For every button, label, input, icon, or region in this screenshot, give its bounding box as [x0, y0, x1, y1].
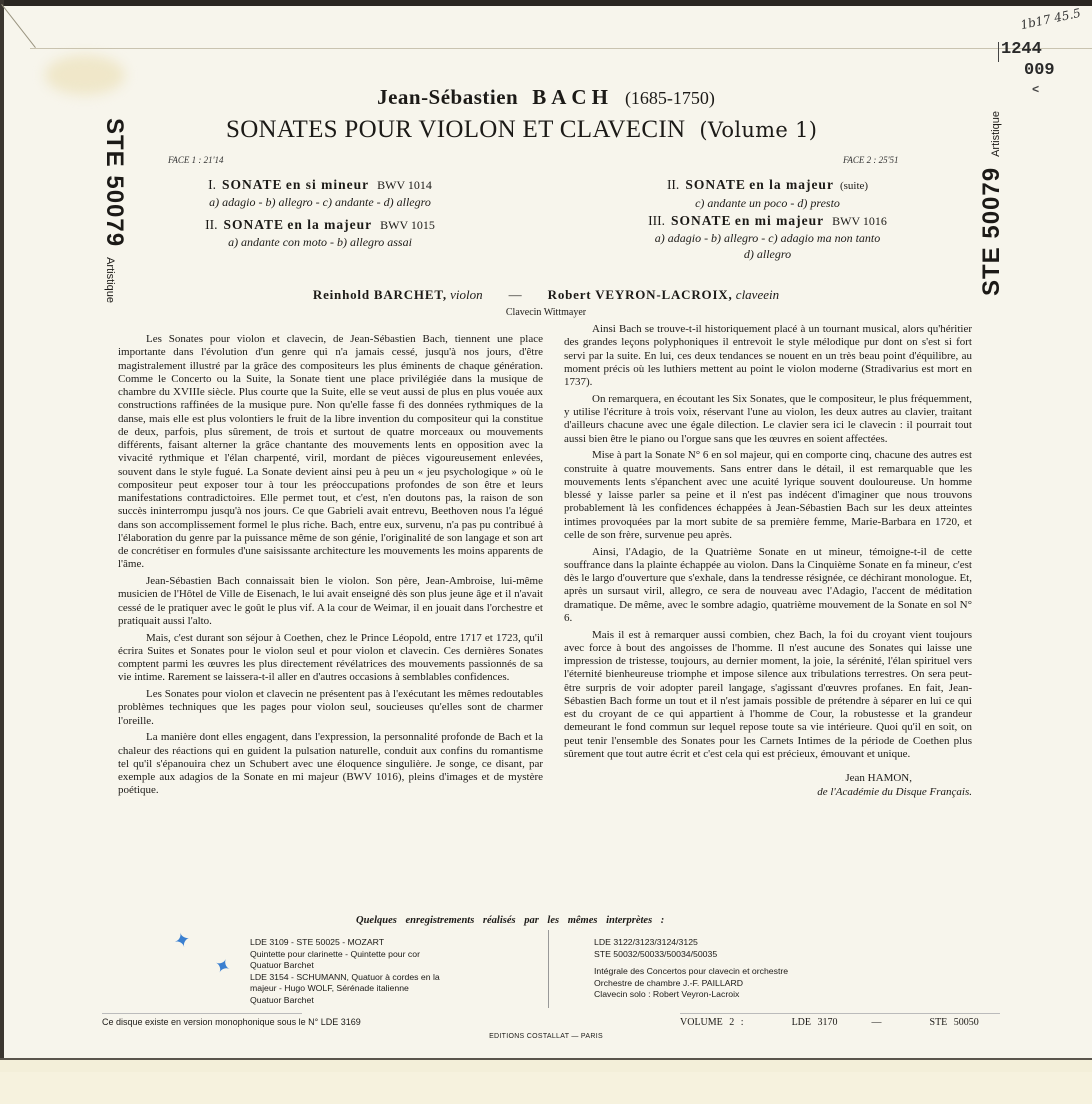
- liner-notes-right-column: Ainsi Bach se trouve-t-il historiquement…: [564, 323, 972, 803]
- related-recordings-left: LDE 3109 - STE 50025 - MOZART Quintette …: [250, 937, 530, 1006]
- sonata-title: II.SONATE en la majeur(suite): [585, 176, 950, 195]
- related-item: Intégrale des Concertos pour clavecin et…: [594, 966, 894, 978]
- footer-rule: [680, 1013, 1000, 1014]
- stamp-bracket: [998, 42, 999, 62]
- sonata-title: I.SONATE en si mineurBWV 1014: [150, 176, 490, 194]
- performer-violin: Reinhold BARCHET,: [313, 287, 447, 302]
- performer-harpsichord: Robert VEYRON-LACROIX,: [548, 287, 733, 302]
- catalog-number: STE 50079: [101, 118, 128, 247]
- liner-paragraph: La manière dont elles engagent, dans l'e…: [118, 731, 543, 797]
- composer-line: Jean-SébastienBACH(1685-1750): [0, 85, 1092, 110]
- publisher: EDITIONS COSTALLAT — PARIS: [0, 1033, 1092, 1040]
- liner-paragraph: On remarquera, en écoutant les Six Sonat…: [564, 393, 972, 446]
- mono-version-note: Ce disque existe en version monophonique…: [102, 1017, 361, 1027]
- footer-rule: [102, 1013, 302, 1014]
- composer-last-name: BACH: [532, 85, 613, 109]
- sleeve-top-edge: [0, 0, 1092, 6]
- liner-paragraph: Les Sonates pour violon et clavecin, de …: [118, 333, 543, 572]
- sleeve-flap-corner: [1, 4, 36, 48]
- liner-notes-left-column: Les Sonates pour violon et clavecin, de …: [118, 333, 543, 801]
- liner-paragraph: Mise à part la Sonate N° 6 en sol majeur…: [564, 449, 972, 542]
- liner-paragraph: Ainsi Bach se trouve-t-il historiquement…: [564, 323, 972, 389]
- related-item: LDE 3154 - SCHUMANN, Quatuor à cordes en…: [250, 972, 530, 984]
- sleeve-bottom-paper: [0, 1072, 1092, 1104]
- related-item: LDE 3122/3123/3124/3125: [594, 937, 894, 949]
- performer-harpsichord-role: claveein: [736, 287, 779, 302]
- related-item: Quatuor Barchet: [250, 960, 530, 972]
- related-item: Orchestre de chambre J.-F. PAILLARD: [594, 978, 894, 990]
- spine-right: STE 50079Artistique: [978, 111, 1006, 296]
- related-item: Quintette pour clarinette - Quintette po…: [250, 949, 530, 961]
- spine-left: STE 50079Artistique: [100, 118, 128, 303]
- archive-stamp-line2: 009: [1024, 61, 1055, 80]
- related-item: STE 50032/50033/50034/50035: [594, 949, 894, 961]
- liner-paragraph: Les Sonates pour violon et clavecin ne p…: [118, 688, 543, 728]
- liner-paragraph: Ainsi, l'Adagio, de la Quatrième Sonate …: [564, 546, 972, 626]
- related-recordings-title: Quelques enregistrements réalisés par le…: [356, 915, 664, 926]
- sonata-title: III.SONATE en mi majeurBWV 1016: [585, 212, 950, 230]
- related-item: Quatuor Barchet: [250, 995, 530, 1007]
- catalog-number: STE 50079: [978, 167, 1005, 296]
- related-divider: [548, 930, 549, 1008]
- liner-paragraph: Jean-Sébastien Bach connaissait bien le …: [118, 575, 543, 628]
- sleeve-flap-line: [30, 48, 1092, 49]
- sonata-movements-continued: d) allegro: [585, 246, 950, 262]
- liner-paragraph: Mais, c'est durant son séjour à Coethen,…: [118, 632, 543, 685]
- author-name: Jean HAMON,: [564, 771, 912, 785]
- composer-first-name: Jean-Sébastien: [377, 85, 518, 109]
- face-2-tracklist: II.SONATE en la majeur(suite) c) andante…: [585, 176, 950, 268]
- author-affiliation: de l'Académie du Disque Français.: [564, 785, 972, 799]
- sonata-movements: c) andante un poco - d) presto: [585, 195, 950, 211]
- star-sticker-icon: ✦: [171, 926, 194, 954]
- performer-violin-role: violon: [450, 287, 483, 302]
- related-item: Clavecin solo : Robert Veyron-Lacroix: [594, 989, 894, 1001]
- volume-2-reference: VOLUME 2 :LDE 3170—STE 50050: [680, 1017, 979, 1028]
- sonata-title: II.SONATE en la majeurBWV 1015: [150, 216, 490, 234]
- sonata-movements: a) adagio - b) allegro - c) andante - d)…: [150, 194, 490, 210]
- archive-stamp-line1: 1244: [1001, 40, 1042, 59]
- album-volume: (Volume 1): [699, 118, 817, 142]
- handwritten-note: 1b17 45.5: [1019, 6, 1082, 32]
- related-recordings-right: LDE 3122/3123/3124/3125 STE 50032/50033/…: [594, 937, 894, 1001]
- face-1-tracklist: I.SONATE en si mineurBWV 1014 a) adagio …: [150, 176, 490, 256]
- author-signature: Jean HAMON, de l'Académie du Disque Fran…: [564, 771, 972, 799]
- face-1-label: FACE 1 : 21'14: [168, 155, 224, 165]
- related-item: LDE 3109 - STE 50025 - MOZART: [250, 937, 530, 949]
- album-title: SONATES POUR VIOLON ET CLAVECIN(Volume 1…: [226, 116, 817, 144]
- sonata-movements: a) adagio - b) allegro - c) adagio ma no…: [585, 230, 950, 246]
- liner-paragraph: Mais il est à remarquer aussi combien, c…: [564, 629, 972, 762]
- album-title-text: SONATES POUR VIOLON ET CLAVECIN: [226, 116, 685, 143]
- sonata-movements: a) andante con moto - b) allegro assai: [150, 234, 490, 250]
- instrument-credit: Clavecin Wittmayer: [0, 307, 1092, 318]
- star-sticker-icon: ✦: [210, 952, 236, 982]
- face-2-label: FACE 2 : 25'51: [843, 155, 899, 165]
- related-item: majeur - Hugo WOLF, Sérénade italienne: [250, 983, 530, 995]
- performers-line: Reinhold BARCHET, violon—Robert VEYRON-L…: [0, 287, 1092, 303]
- composer-dates: (1685-1750): [625, 88, 715, 108]
- sleeve-left-edge: [0, 0, 4, 1104]
- label-name: Artistique: [990, 111, 1002, 157]
